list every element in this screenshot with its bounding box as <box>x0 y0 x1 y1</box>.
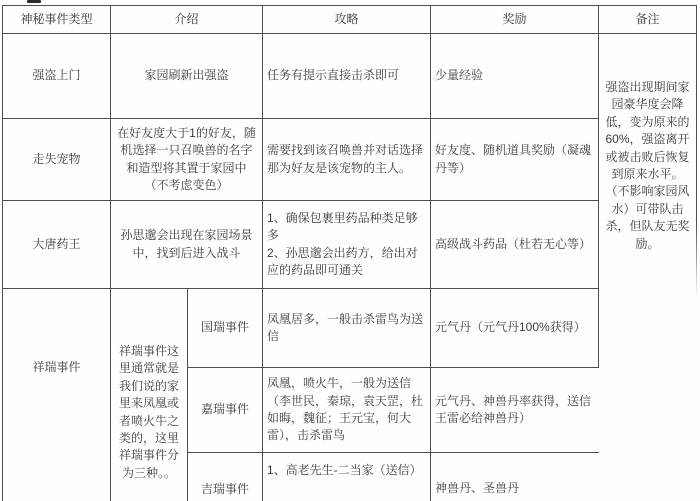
row1-type: 强盗上门 <box>2 33 111 119</box>
header-event-type: 神秘事件类型 <box>2 5 111 34</box>
subrow1-strategy: 凤凰居多，一般击杀雷鸟为送信 <box>262 288 431 368</box>
row1-strategy: 任务有提示直接击杀即可 <box>262 33 431 119</box>
row2-type: 走失宠物 <box>2 118 111 201</box>
header-notes: 备注 <box>598 5 697 34</box>
subrow2-strategy: 凤凰，喷火牛，一般为送信（李世民，秦琼，袁天罡，杜如晦，魏征；王元宝，何大雷），… <box>262 367 431 453</box>
notes-merged: 强盗出现期间家园豪华度会降低，变为原来的60%，强盗离开或被击败后恢复到原来水平… <box>599 33 696 367</box>
row3-type: 大唐药王 <box>2 200 111 289</box>
row2-strategy: 需要找到该召唤兽并对话选择那为好友是该宠物的主人。 <box>262 118 431 201</box>
event-guide-table: 神秘事件类型 介绍 攻略 奖励 备注 强盗上门 家园刷新出强盗 任务有提示直接击… <box>0 0 700 501</box>
row4-intro: 祥瑞事件这里通常就是我们说的家里来凤凰或者喷火牛之类的，这里祥瑞事件分为三种。。 <box>110 288 188 501</box>
subrow1-name: 国瑞事件 <box>187 288 263 368</box>
row2-intro: 在好友度大于1的好友，随机选择一只召唤兽的名字和造型将其置于家园中（不考虑变色） <box>110 118 263 201</box>
subrow3-reward: 神兽丹、圣兽丹 <box>430 452 599 501</box>
row3-reward: 高级战斗药品（杜若无心等） <box>430 200 599 289</box>
row2-reward: 好友度、随机道具奖励（凝魂丹等） <box>430 118 599 201</box>
crop-artifact <box>27 0 41 3</box>
row3-intro: 孙思邈会出现在家园场景中，找到后进入战斗 <box>110 200 263 289</box>
row3-strategy: 1、确保包裹里药品种类足够多 2、孙思邈会出药方，给出对应的药品即可通关 <box>262 200 431 289</box>
notes-right-border <box>696 33 697 298</box>
subrow3-strategy: 1、高老先生-二当家（送信） <box>262 452 431 501</box>
row1-reward: 少量经验 <box>430 33 599 119</box>
header-strategy: 攻略 <box>262 5 431 34</box>
row4-type: 祥瑞事件 <box>2 288 111 501</box>
header-intro: 介绍 <box>110 5 263 34</box>
subrow2-name: 嘉瑞事件 <box>187 367 263 453</box>
header-reward: 奖励 <box>430 5 599 34</box>
subrow2-reward: 元气丹、神兽丹率获得，送信王雷必给神兽丹） <box>430 367 599 453</box>
subrow3-name: 吉瑞事件 <box>187 452 263 501</box>
subrow1-reward: 元气丹（元气丹100%获得） <box>430 288 599 368</box>
row1-intro: 家园刷新出强盗 <box>110 33 263 119</box>
